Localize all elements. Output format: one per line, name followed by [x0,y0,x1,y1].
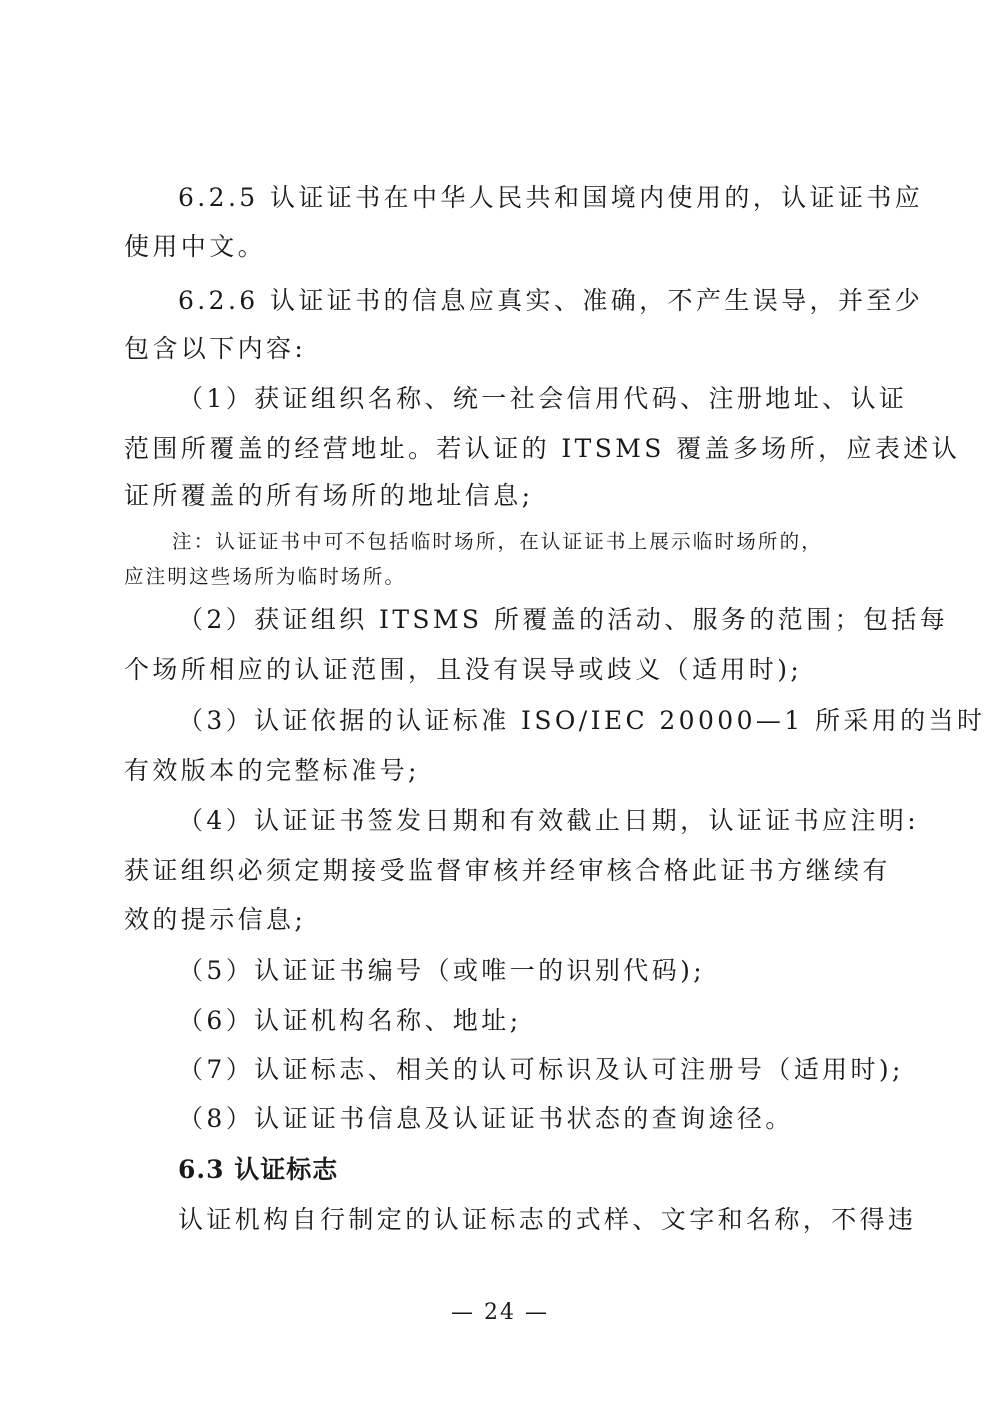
item-2-line-1: （2）获证组织 ITSMS 所覆盖的活动、服务的范围；包括每 [178,605,876,635]
item-1-line-1: （1）获证组织名称、统一社会信用代码、注册地址、认证 [178,384,876,414]
item-2-line-2: 个场所相应的认证范围，且没有误导或歧义（适用时); [124,655,876,685]
item-5: （5）认证证书编号（或唯一的识别代码); [178,956,876,986]
item-1-line-2: 范围所覆盖的经营地址。若认证的 ITSMS 覆盖多场所，应表述认 [124,434,876,464]
note-line-2: 应注明这些场所为临时场所。 [124,562,876,592]
section-6-3-body-line-1: 认证机构自行制定的认证标志的式样、文字和名称，不得违 [178,1205,876,1235]
item-1-line-3: 证所覆盖的所有场所的地址信息; [124,481,876,511]
item-8: （8）认证证书信息及认证证书状态的查询途径。 [178,1104,876,1134]
item-3-line-1: （3）认证依据的认证标准 ISO/IEC 20000—1 所采用的当时 [178,706,876,736]
item-4-line-3: 效的提示信息; [124,905,876,935]
clause-6-2-5-line-1: 6.2.5 认证证书在中华人民共和国境内使用的，认证证书应 [178,183,876,213]
item-3-line-2: 有效版本的完整标准号; [124,756,876,786]
item-7: （7）认证标志、相关的认可标识及认可注册号（适用时); [178,1055,876,1085]
clause-6-2-6-line-1: 6.2.6 认证证书的信息应真实、准确，不产生误导，并至少 [178,286,876,316]
item-4-line-2: 获证组织必须定期接受监督审核并经审核合格此证书方继续有 [124,856,876,886]
item-6: （6）认证机构名称、地址; [178,1006,876,1036]
clause-6-2-5-line-2: 使用中文。 [124,232,876,262]
note-line-1: 注：认证证书中可不包括临时场所，在认证证书上展示临时场所的， [172,527,924,557]
item-4-line-1: （4）认证证书签发日期和有效截止日期，认证证书应注明: [178,806,876,836]
section-heading-6-3: 6.3 认证标志 [178,1155,876,1185]
document-page: 6.2.5 认证证书在中华人民共和国境内使用的，认证证书应 使用中文。 6.2.… [0,0,1000,1414]
clause-6-2-6-line-2: 包含以下内容: [124,334,876,364]
page-number: — 24 — [0,1300,1000,1325]
